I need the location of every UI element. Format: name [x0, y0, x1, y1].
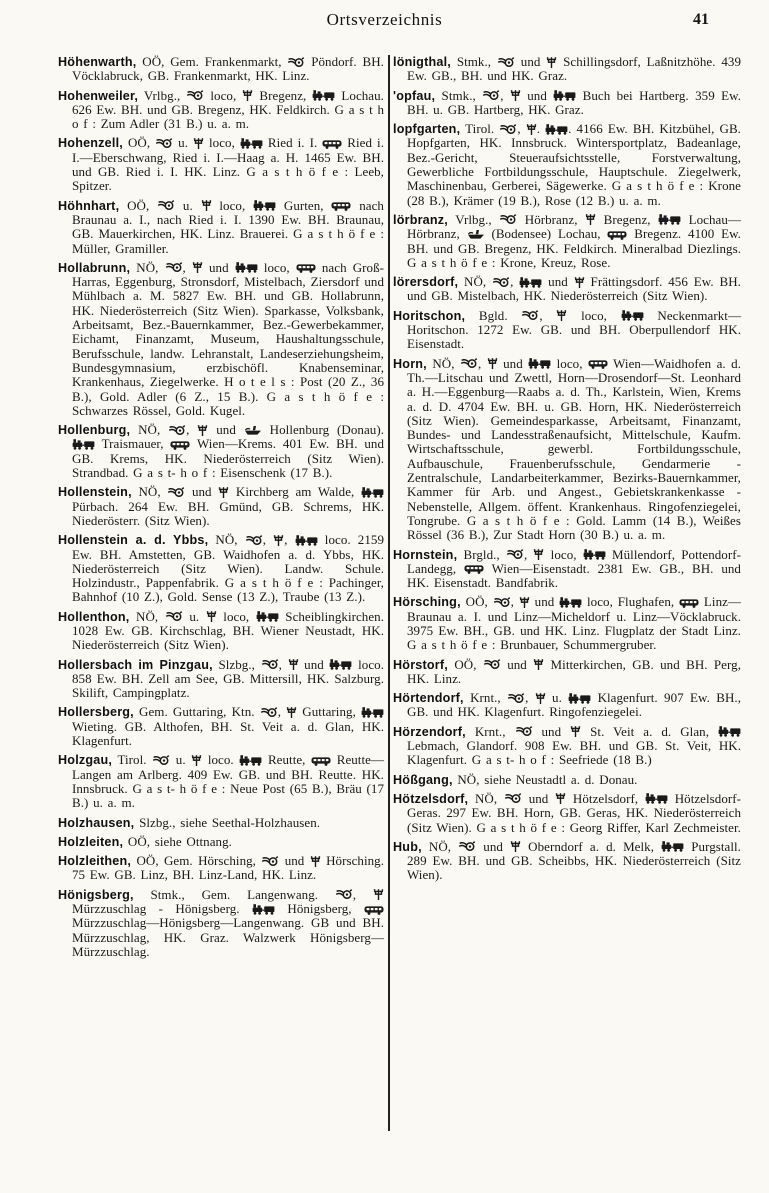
railway-station-icon — [252, 902, 275, 916]
column-left: Höhenwarth, OÖ, Gem. Frankenmarkt, Pöndo… — [58, 55, 384, 959]
telegraph-icon — [533, 658, 544, 672]
place-name: Hollenstein, — [58, 485, 132, 499]
telegraph-icon — [288, 658, 299, 672]
telegraph-icon — [510, 89, 521, 103]
bus-icon — [364, 902, 384, 916]
telegraph-icon — [201, 199, 212, 213]
gazetteer-entry: Hollenstein a. d. Ybbs, NÖ, , , loco. 21… — [58, 533, 384, 604]
gazetteer-entry: Hornstein, Brgld., , loco, Müllendorf, P… — [393, 548, 741, 591]
posthorn-icon — [492, 275, 510, 289]
place-name: Hollenthon, — [58, 610, 129, 624]
place-name: lörersdorf, — [393, 275, 458, 289]
gazetteer-entry: Hohenweiler, Vrlbg., loco, Bregenz, Loch… — [58, 89, 384, 132]
telegraph-icon — [555, 792, 566, 806]
gazetteer-entry: Hollenstein, NÖ, und Kirchberg am Walde,… — [58, 485, 384, 528]
page-number: 41 — [693, 10, 709, 30]
gazetteer-entry: lörbranz, Vrlbg., Hörbranz, Bregenz, Loc… — [393, 213, 741, 270]
telegraph-icon — [570, 725, 581, 739]
place-name: Hub, — [393, 840, 422, 854]
gazetteer-entry: Hollenthon, NÖ, u. loco, Scheiblingkirch… — [58, 610, 384, 653]
gazetteer-entry: lönigthal, Stmk., und Schillingsdorf, La… — [393, 55, 741, 84]
telegraph-icon — [519, 595, 530, 609]
gazetteer-entry: Höhenwarth, OÖ, Gem. Frankenmarkt, Pöndo… — [58, 55, 384, 84]
telegraph-icon — [585, 213, 596, 227]
posthorn-icon — [261, 658, 279, 672]
place-name: Hößgang, — [393, 773, 453, 787]
gazetteer-entry: Hollersberg, Gem. Guttaring, Ktn. , Gutt… — [58, 705, 384, 748]
place-name: Hollenstein a. d. Ybbs, — [58, 533, 208, 547]
railway-station-icon — [253, 199, 276, 213]
ship-station-icon — [467, 227, 485, 241]
posthorn-icon — [152, 753, 170, 767]
railway-station-icon — [240, 136, 263, 150]
place-name: Horn, — [393, 357, 427, 371]
railway-station-icon — [718, 725, 741, 739]
place-name: Holzhausen, — [58, 816, 134, 830]
gazetteer-entry: Hörsching, OÖ, , und loco, Flughafen, Li… — [393, 595, 741, 652]
place-name: Holzleithen, — [58, 854, 131, 868]
telegraph-icon — [510, 840, 521, 854]
telegraph-icon — [526, 122, 537, 136]
telegraph-icon — [218, 485, 229, 499]
place-name: Hollersbach im Pinzgau, — [58, 658, 213, 672]
posthorn-icon — [483, 658, 501, 672]
posthorn-icon — [493, 595, 511, 609]
place-name: Hönigsberg, — [58, 888, 134, 902]
posthorn-icon — [167, 485, 185, 499]
posthorn-icon — [497, 55, 515, 69]
telegraph-icon — [242, 89, 253, 103]
posthorn-icon — [458, 840, 476, 854]
telegraph-icon — [191, 753, 202, 767]
telegraph-icon — [487, 357, 498, 371]
posthorn-icon — [261, 854, 279, 868]
gazetteer-entry: Hößgang, NÖ, siehe Neustadtl a. d. Donau… — [393, 773, 741, 787]
telegraph-icon — [546, 55, 557, 69]
telegraph-icon — [197, 423, 208, 437]
place-name: Höhenwarth, — [58, 55, 136, 69]
gazetteer-entry: Horitschon, Bgld. , loco, Neckenmarkt—Ho… — [393, 309, 741, 352]
posthorn-icon — [499, 122, 517, 136]
posthorn-icon — [165, 610, 183, 624]
bus-icon — [464, 562, 484, 576]
gazetteer-entry: lörersdorf, NÖ, , und Frättingsdorf. 456… — [393, 275, 741, 304]
place-name: lönigthal, — [393, 55, 451, 69]
gazetteer-entry: Hollabrunn, NÖ, , und loco, nach Groß-Ha… — [58, 261, 384, 418]
railway-station-icon — [519, 275, 542, 289]
place-name: Höhnhart, — [58, 199, 119, 213]
telegraph-icon — [533, 548, 544, 562]
posthorn-icon — [186, 89, 204, 103]
railway-station-icon — [312, 89, 335, 103]
gazetteer-entry: Hönigsberg, Stmk., Gem. Langenwang. , Mü… — [58, 888, 384, 959]
place-name: lörbranz, — [393, 213, 448, 227]
bus-icon — [679, 595, 699, 609]
place-name: Hörtendorf, — [393, 691, 464, 705]
posthorn-icon — [287, 55, 305, 69]
bus-icon — [331, 199, 351, 213]
telegraph-icon — [373, 888, 384, 902]
railway-station-icon — [545, 122, 568, 136]
posthorn-icon — [245, 533, 263, 547]
railway-station-icon — [553, 89, 576, 103]
place-name: Hollenburg, — [58, 423, 130, 437]
telegraph-icon — [206, 610, 217, 624]
telegraph-icon — [535, 691, 546, 705]
railway-station-icon — [528, 357, 551, 371]
place-name: Hohenweiler, — [58, 89, 138, 103]
column-right: lönigthal, Stmk., und Schillingsdorf, La… — [393, 55, 741, 883]
telegraph-icon — [273, 533, 284, 547]
posthorn-icon — [507, 691, 525, 705]
posthorn-icon — [165, 261, 183, 275]
railway-station-icon — [568, 691, 591, 705]
railway-station-icon — [583, 548, 606, 562]
place-name: Hornstein, — [393, 548, 457, 562]
scanned-page: Ortsverzeichnis 41 Höhenwarth, OÖ, Gem. … — [0, 0, 769, 1193]
gazetteer-entry: Hörzendorf, Krnt., und St. Veit a. d. Gl… — [393, 725, 741, 768]
gazetteer-entry: Holzleithen, OÖ, Gem. Hörsching, und Hör… — [58, 854, 384, 883]
railway-station-icon — [256, 610, 279, 624]
posthorn-icon — [521, 309, 539, 323]
gazetteer-entry: Holzgau, Tirol. u. loco. Reutte, Reutte—… — [58, 753, 384, 810]
gazetteer-entry: Horn, NÖ, , und loco, Wien—Waidhofen a. … — [393, 357, 741, 543]
gazetteer-entry: Hötzelsdorf, NÖ, und Hötzelsdorf, Hötzel… — [393, 792, 741, 835]
posthorn-icon — [506, 548, 524, 562]
place-name: Hollabrunn, — [58, 261, 130, 275]
column-divider — [388, 55, 390, 1131]
place-name: Hörsching, — [393, 595, 461, 609]
posthorn-icon — [460, 357, 478, 371]
place-name: Hollersberg, — [58, 705, 134, 719]
telegraph-icon — [574, 275, 585, 289]
gazetteer-entry: Hollenburg, NÖ, , und Hollenburg (Donau)… — [58, 423, 384, 480]
place-name: lopfgarten, — [393, 122, 460, 136]
posthorn-icon — [482, 89, 500, 103]
telegraph-icon — [286, 705, 297, 719]
telegraph-icon — [193, 136, 204, 150]
railway-station-icon — [645, 792, 668, 806]
posthorn-icon — [515, 725, 533, 739]
gazetteer-entry: Höhnhart, OÖ, u. loco, Gurten, nach Brau… — [58, 199, 384, 256]
bus-icon — [296, 261, 316, 275]
gazetteer-entry: Hollersbach im Pinzgau, Slzbg., , und lo… — [58, 658, 384, 701]
posthorn-icon — [504, 792, 522, 806]
place-name: Horitschon, — [393, 309, 465, 323]
railway-station-icon — [361, 485, 384, 499]
gazetteer-entry: Hub, NÖ, und Oberndorf a. d. Melk, Purgs… — [393, 840, 741, 883]
place-name: Hörzendorf, — [393, 725, 466, 739]
telegraph-icon — [556, 309, 567, 323]
railway-station-icon — [329, 658, 352, 672]
place-name: Hötzelsdorf, — [393, 792, 468, 806]
gazetteer-entry: Holzhausen, Slzbg., siehe Seethal-Holzha… — [58, 816, 384, 830]
bus-icon — [588, 357, 608, 371]
place-name: Holzgau, — [58, 753, 112, 767]
text-columns: Höhenwarth, OÖ, Gem. Frankenmarkt, Pöndo… — [58, 55, 741, 1131]
posthorn-icon — [155, 136, 173, 150]
gazetteer-entry: Hörtendorf, Krnt., , u. Klagenfurt. 907 … — [393, 691, 741, 720]
railway-station-icon — [621, 309, 644, 323]
posthorn-icon — [157, 199, 175, 213]
posthorn-icon — [168, 423, 186, 437]
railway-station-icon — [239, 753, 262, 767]
bus-icon — [607, 227, 627, 241]
posthorn-icon — [335, 888, 353, 902]
gazetteer-entry: 'opfau, Stmk., , und Buch bei Hartberg. … — [393, 89, 741, 118]
railway-station-icon — [559, 595, 582, 609]
posthorn-icon — [260, 705, 278, 719]
bus-icon — [311, 753, 331, 767]
gazetteer-entry: Hörstorf, OÖ, und Mitterkirchen, GB. und… — [393, 658, 741, 687]
place-name: Hörstorf, — [393, 658, 448, 672]
railway-station-icon — [235, 261, 258, 275]
gazetteer-entry: Holzleiten, OÖ, siehe Ottnang. — [58, 835, 384, 849]
gazetteer-entry: Hohenzell, OÖ, u. loco, Ried i. I. Ried … — [58, 136, 384, 193]
gazetteer-entry: lopfgarten, Tirol. , . . 4166 Ew. BH. Ki… — [393, 122, 741, 208]
place-name: 'opfau, — [393, 89, 435, 103]
railway-station-icon — [661, 840, 684, 854]
railway-station-icon — [72, 437, 95, 451]
railway-station-icon — [658, 213, 681, 227]
bus-icon — [170, 437, 190, 451]
place-name: Hohenzell, — [58, 136, 123, 150]
railway-station-icon — [295, 533, 318, 547]
telegraph-icon — [310, 854, 321, 868]
ship-station-icon — [244, 423, 262, 437]
place-name: Holzleiten, — [58, 835, 123, 849]
telegraph-icon — [192, 261, 203, 275]
page-header: Ortsverzeichnis 41 — [0, 0, 769, 40]
page-title: Ortsverzeichnis — [0, 10, 769, 30]
posthorn-icon — [499, 213, 517, 227]
railway-station-icon — [361, 705, 384, 719]
bus-icon — [322, 136, 342, 150]
